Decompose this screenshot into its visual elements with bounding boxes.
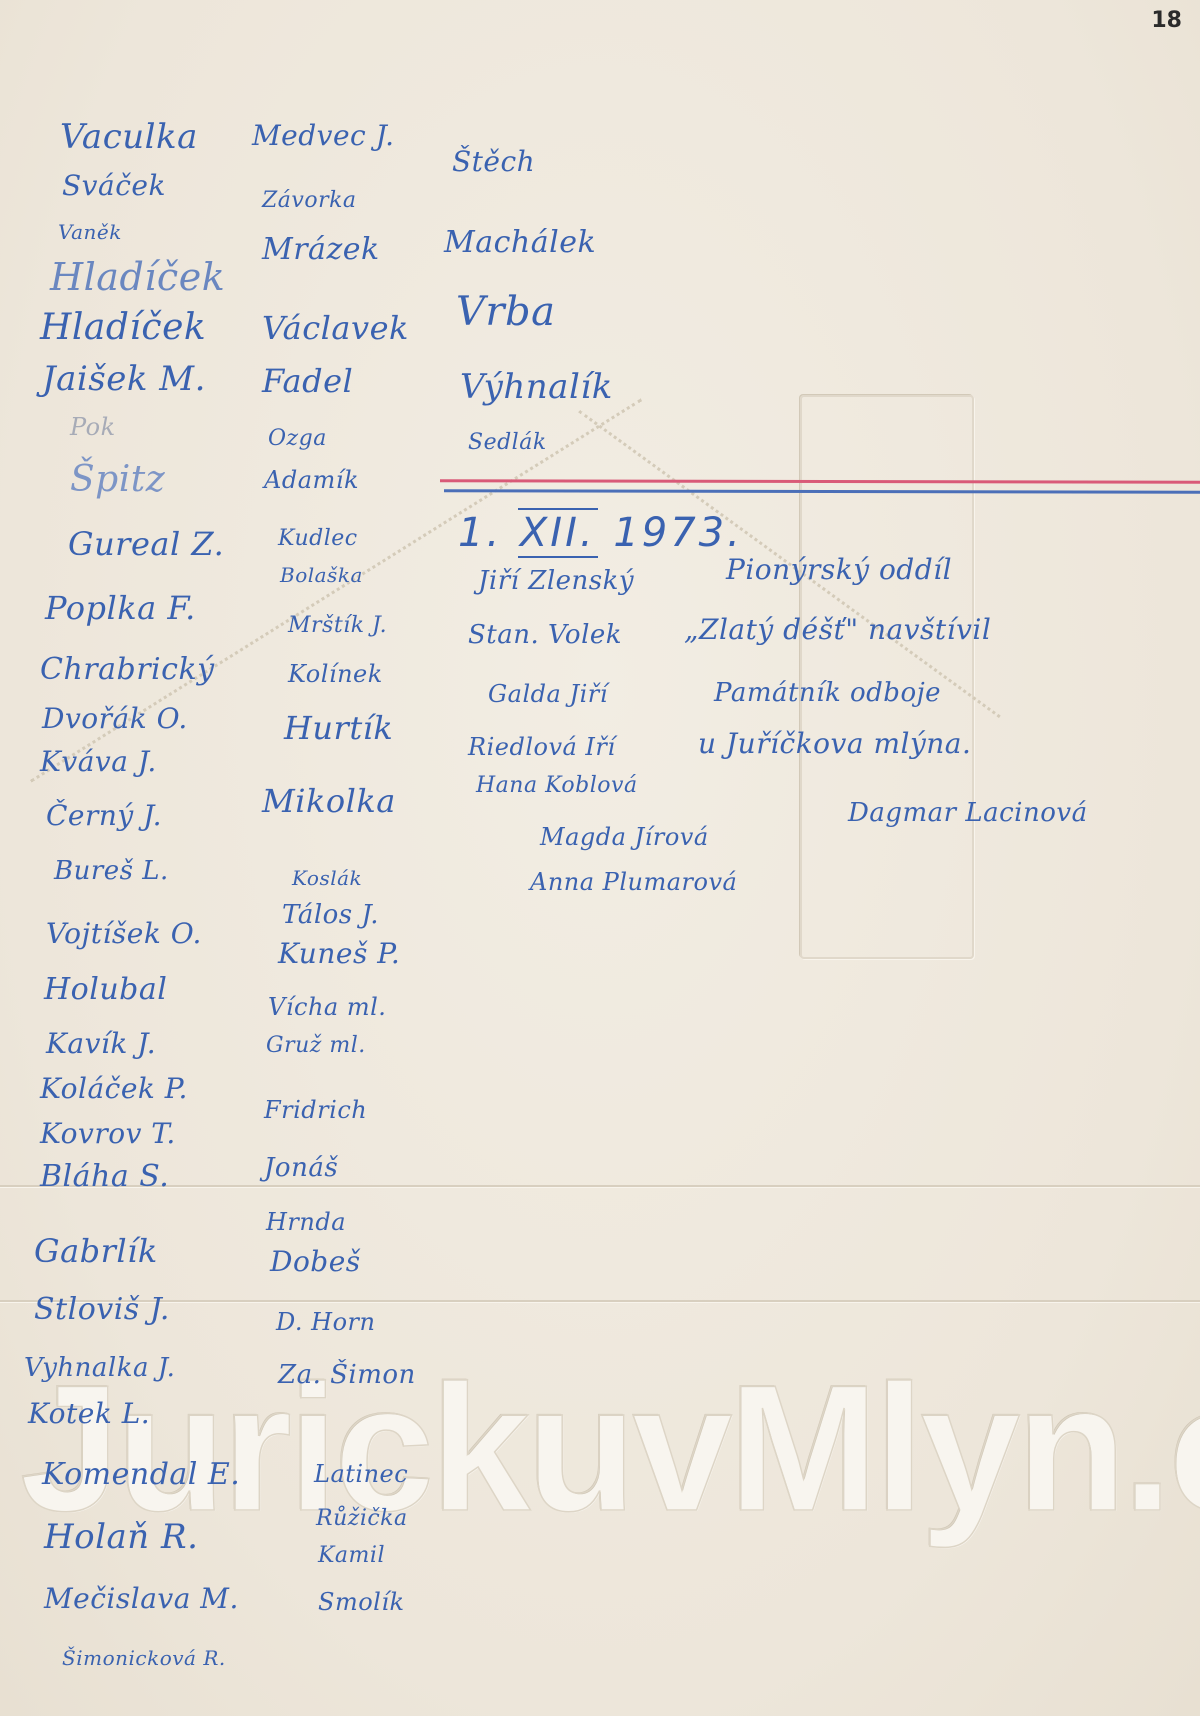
signature: Za. Šimon [278,1362,416,1388]
signature: Kváva J. [40,748,157,776]
signature: Gureal Z. [68,528,224,560]
signature: Jonáš [264,1155,338,1181]
signature: Hrnda [266,1210,346,1234]
signature: Stloviš J. [34,1295,170,1325]
signature: Gabrlík [34,1235,158,1267]
signature: Hurtík [284,712,393,744]
signature: Dvořák O. [42,705,188,733]
signature: Tálos J. [282,902,379,928]
signature: Gruž ml. [266,1035,366,1057]
signature: Medvec J. [252,122,395,150]
signature: D. Horn [276,1310,375,1334]
signature: Chrabrický [40,655,215,685]
message-line: u Juříčkova mlýna. [698,730,971,758]
signature: Mrštík J. [288,615,387,637]
signature: Pok [70,415,116,439]
signature: Sváček [62,172,166,200]
signature: Koslák [292,868,362,888]
date-day: 1. [458,510,502,556]
signature: Stan. Volek [468,622,622,648]
signature: Kotek L. [28,1400,150,1428]
signature: Koláček P. [40,1075,188,1103]
page-number: 18 [1151,8,1182,33]
signature: Jiří Zlenský [478,568,634,594]
signature: Magda Jírová [540,825,709,849]
signature: Kuneš P. [278,940,400,968]
signature: Vojtíšek O. [46,920,202,948]
signature: Závorka [262,190,357,212]
signature: Šimonicková R. [62,1648,226,1668]
signature: Mikolka [262,785,396,817]
signature: Bureš L. [54,858,169,884]
signature: Vaculka [60,120,198,154]
signature: Mrázek [262,235,380,265]
signature: Kolínek [288,662,383,686]
signature: Vícha ml. [268,995,386,1019]
signature: Vaněk [58,222,122,242]
signature: Holubal [44,975,167,1005]
signature: Vyhnalka J. [24,1355,175,1381]
date-year: 1973. [613,510,743,556]
signature: Kovrov T. [40,1120,176,1148]
signature: Bláha S. [40,1162,169,1192]
signature: Mečislava M. [44,1585,239,1613]
signature: Sedlák [468,432,547,454]
signature: Hladíček [50,258,225,296]
message-line: Pionýrský oddíl [726,556,952,584]
signature: Hana Koblová [476,775,638,797]
signature: Kavík J. [46,1030,156,1058]
signature: Vrba [456,292,555,332]
entry-date: 1. XII. 1973. [458,510,743,556]
signature: Ozga [268,428,327,450]
signature: Riedlová Iří [468,735,616,759]
message-line: Památník odboje [714,680,941,706]
signature: Fadel [262,365,353,397]
date-month: XII. [518,508,598,558]
signature: Kudlec [278,528,358,550]
signature: Václavek [262,312,409,344]
signature: Výhnalík [460,370,613,404]
signature: Kamil [318,1545,385,1567]
signature: Štěch [452,148,535,176]
signature: Anna Plumarová [530,870,737,894]
watermark-emboss-ground-2 [0,1300,1200,1302]
signature: Černý J. [46,802,162,830]
signature: Dagmar Lacinová [848,800,1088,826]
signature: Hladíček [40,310,206,346]
signature: Bolaška [280,565,363,585]
signature: Machálek [444,228,596,258]
signature: Poplka F. [45,592,196,624]
signature: Smolík [318,1590,405,1614]
signature: Latinec [314,1462,408,1486]
watermark-emboss-ground [0,1185,1200,1187]
message-line: „Zlatý déšť" navštívil [684,616,991,644]
signature: Galda Jiří [488,682,608,706]
signature: Holaň R. [44,1520,198,1554]
signature: Adamík [264,468,359,492]
signature: Dobeš [270,1248,361,1276]
signature: Špitz [70,462,165,498]
signature: Růžička [316,1508,408,1530]
signature: Fridrich [264,1098,367,1122]
signature: Jaišek M. [42,362,206,396]
signature: Komendal E. [42,1460,240,1490]
